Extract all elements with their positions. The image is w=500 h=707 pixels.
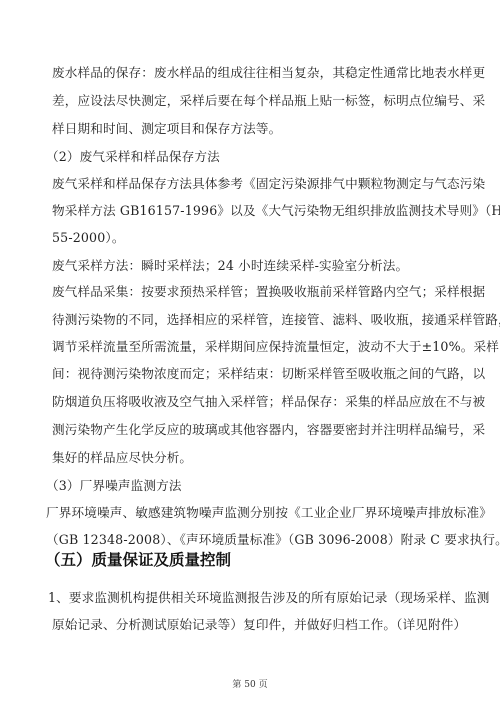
- paragraph-line: 集好的样品应尽快分析。: [52, 450, 462, 466]
- paragraph-line: 测污染物产生化学反应的玻璃或其他容器内，容器要密封并注明样品编号，采: [52, 422, 462, 438]
- section-heading: （五）质量保证及质量控制: [45, 550, 231, 570]
- paragraph-line: 55-2000）。: [52, 230, 462, 246]
- paragraph-line: 样日期和时间、测定项目和保存方法等。: [52, 121, 462, 137]
- paragraph-line: 物采样方法 GB16157-1996》以及《大气污染物无组织排放监测技术导则》（…: [52, 203, 462, 219]
- paragraph-line: 废气样品采集：按要求预热采样管；置换吸收瓶前采样管路内空气；采样根据: [52, 284, 462, 300]
- page-number: 第 50 页: [0, 677, 500, 690]
- paragraph-line: 防烟道负压将吸收液及空气抽入采样管；样品保存：采集的样品应放在不与被: [52, 394, 462, 410]
- subsection-heading: （3）厂界噪声监测方法: [46, 478, 456, 494]
- paragraph-line: 废水样品的保存：废水样品的组成往往相当复杂，其稳定性通常比地表水样更: [52, 65, 462, 81]
- paragraph-line: 待测污染物的不同，选择相应的采样管，连接管、滤料、吸收瓶，接通采样管路，: [52, 312, 462, 328]
- subsection-heading: （2）废气采样和样品保存方法: [46, 149, 456, 165]
- paragraph-line: 差，应设法尽快测定，采样后要在每个样品瓶上贴一标签，标明点位编号、采: [52, 93, 462, 109]
- paragraph-line: （GB 12348-2008）、《声环境质量标准》（GB 3096-2008）附…: [46, 532, 456, 548]
- paragraph-line: 厂界环境噪声、敏感建筑物噪声监测分别按《工业企业厂界环境噪声排放标准》: [46, 505, 462, 521]
- paragraph-line: 调节采样流量至所需流量，采样期间应保持流量恒定，波动不大于±10%。采样时: [52, 339, 462, 355]
- paragraph-line: 间：视待测污染物浓度而定；采样结束：切断采样管至吸收瓶之间的气路，以: [52, 366, 462, 382]
- paragraph-line: 原始记录、分析测试原始记录等）复印件，并做好归档工作。（详见附件）: [52, 617, 462, 633]
- paragraph-line: 废气采样方法：瞬时采样法；24 小时连续采样-实验室分析法。: [52, 258, 462, 274]
- paragraph-line: 废气采样和样品保存方法具体参考《固定污染源排气中颗粒物测定与气态污染: [52, 176, 462, 192]
- paragraph-line: 1、要求监测机构提供相关环境监测报告涉及的所有原始记录（现场采样、监测: [48, 590, 462, 606]
